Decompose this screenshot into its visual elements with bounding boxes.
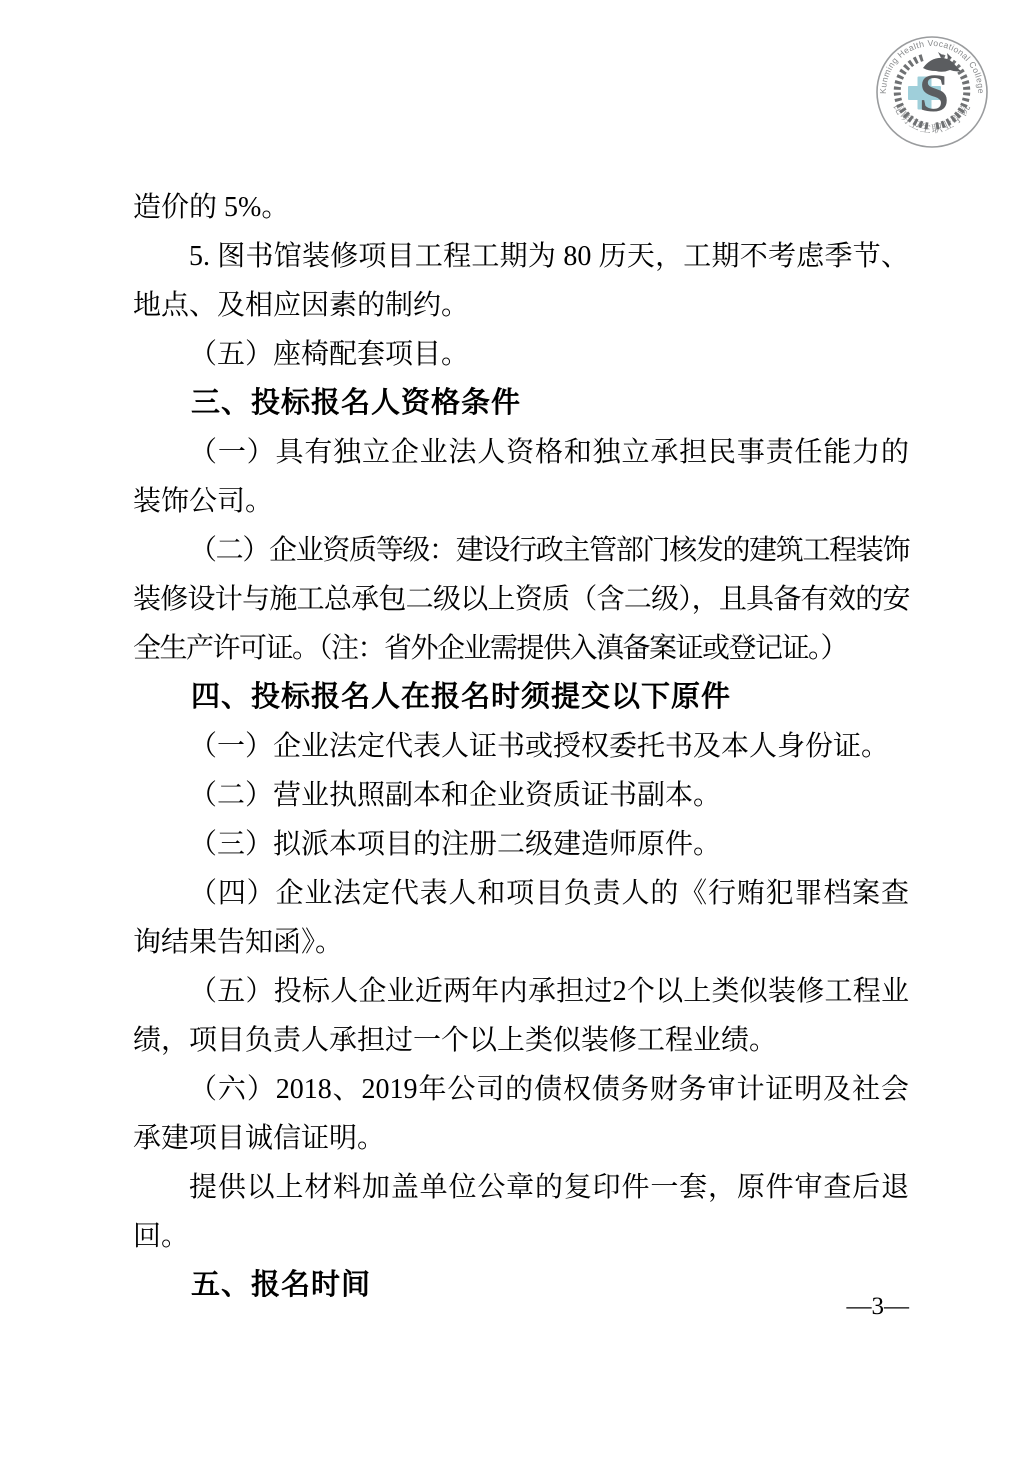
paragraph: （六）2018、2019年公司的债权债务财务审计证明及社会承建项目诚信证明。 [133,1065,909,1163]
paragraph: （一）企业法定代表人证书或授权委托书及本人身份证。 [133,722,909,771]
section-heading-5: 五、报名时间 [133,1261,909,1310]
paragraph: （五）座椅配套项目。 [133,330,909,379]
college-logo: Kunming Health Vocational College 昆明卫生职业… [875,35,989,149]
document-page: Kunming Health Vocational College 昆明卫生职业… [0,0,1035,1465]
paragraph: （三）拟派本项目的注册二级建造师原件。 [133,820,909,869]
paragraph: （五）投标人企业近两年内承担过2个以上类似装修工程业绩，项目负责人承担过一个以上… [133,967,909,1065]
paragraph: （四）企业法定代表人和项目负责人的《行贿犯罪档案查询结果告知函》。 [133,869,909,967]
section-heading-4: 四、投标报名人在报名时须提交以下原件 [133,673,909,722]
paragraph: 提供以上材料加盖单位公章的复印件一套，原件审查后退回。 [133,1163,909,1261]
paragraph: （二）营业执照副本和企业资质证书副本。 [133,771,909,820]
svg-text:S: S [919,63,949,123]
paragraph: （一）具有独立企业法人资格和独立承担民事责任能力的装饰公司。 [133,428,909,526]
paragraph: （二）企业资质等级：建设行政主管部门核发的建筑工程装饰装修设计与施工总承包二级以… [133,526,909,673]
college-logo-seal: Kunming Health Vocational College 昆明卫生职业… [875,35,989,149]
document-body: 造价的 5%。 5. 图书馆装修项目工程工期为 80 历天，工期不考虑季节、地点… [133,183,909,1310]
paragraph: 5. 图书馆装修项目工程工期为 80 历天，工期不考虑季节、地点、及相应因素的制… [133,232,909,330]
paragraph: 造价的 5%。 [133,183,909,232]
section-heading-3: 三、投标报名人资格条件 [133,379,909,428]
page-number: —3— [847,1293,910,1321]
